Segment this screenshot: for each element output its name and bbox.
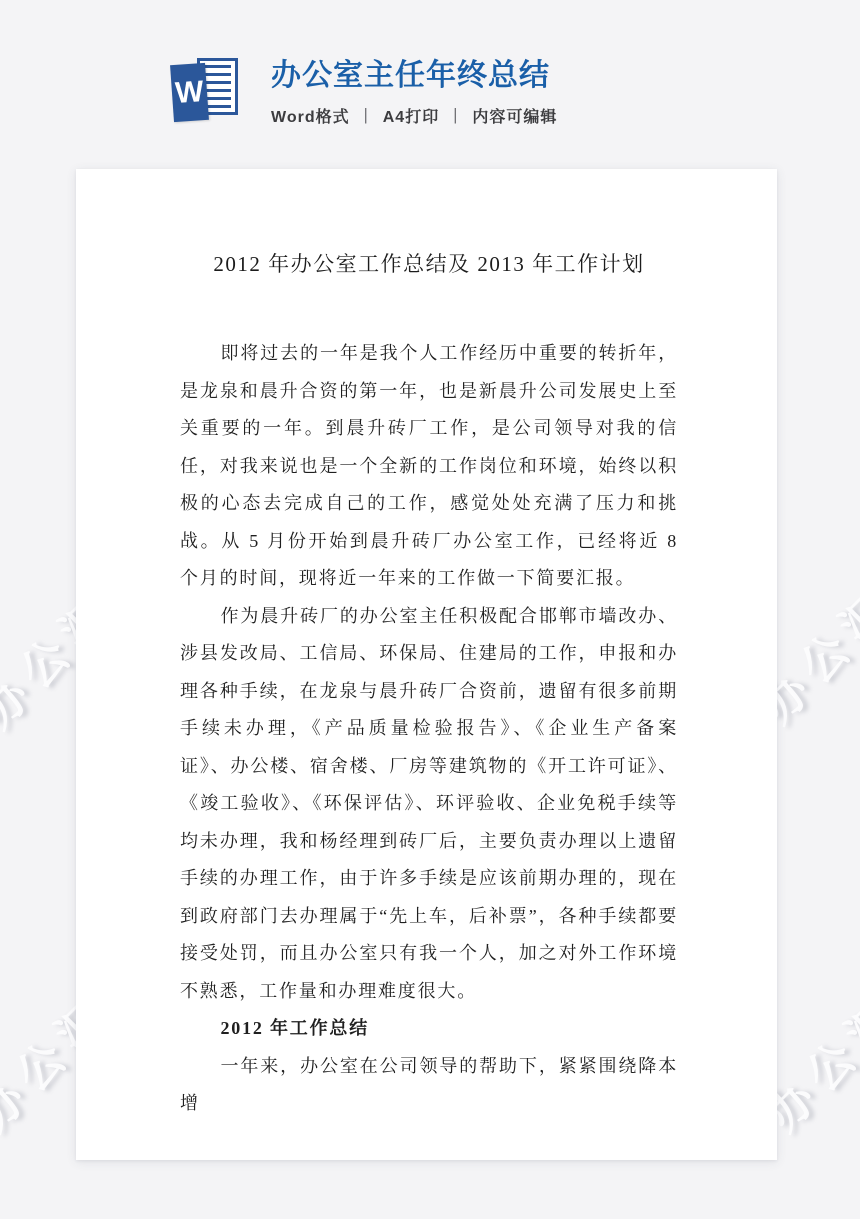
paragraph: 一年来，办公室在公司领导的帮助下，紧紧围绕降本增 xyxy=(180,1048,678,1123)
attr-format: Word格式 xyxy=(271,104,350,127)
word-icon-letter: W xyxy=(174,77,204,109)
paragraph: 作为晨升砖厂的办公室主任积极配合邯郸市墙改办、涉县发改局、工信局、环保局、住建局… xyxy=(180,598,678,1011)
separator-bar: | xyxy=(453,106,458,125)
attr-print: A4打印 xyxy=(383,104,439,127)
paragraph: 即将过去的一年是我个人工作经历中重要的转折年，是龙泉和晨升合资的第一年，也是新晨… xyxy=(180,335,678,598)
word-icon-panel: W xyxy=(170,63,209,122)
document-title: 2012 年办公室工作总结及 2013 年工作计划 xyxy=(180,249,678,279)
document-body: 即将过去的一年是我个人工作经历中重要的转折年，是龙泉和晨升合资的第一年，也是新晨… xyxy=(180,335,678,1123)
document-attributes: Word格式 | A4打印 | 内容可编辑 xyxy=(271,104,557,127)
separator-bar: | xyxy=(364,106,369,125)
page-title[interactable]: 办公室主任年终总结 xyxy=(271,57,557,95)
document-page[interactable]: 2012 年办公室工作总结及 2013 年工作计划 即将过去的一年是我个人工作经… xyxy=(76,169,777,1160)
header-text-block: 办公室主任年终总结 Word格式 | A4打印 | 内容可编辑 xyxy=(271,55,557,127)
section-heading: 2012 年工作总结 xyxy=(180,1010,678,1048)
document-header: W 办公室主任年终总结 Word格式 | A4打印 | 内容可编辑 xyxy=(167,55,557,131)
page-background: 办公汇 办公汇 办公汇 办公汇 办公汇 办公汇 W 办公室主任年终总结 Word… xyxy=(0,0,860,1219)
word-file-icon: W xyxy=(167,55,243,131)
attr-editable: 内容可编辑 xyxy=(472,104,557,127)
